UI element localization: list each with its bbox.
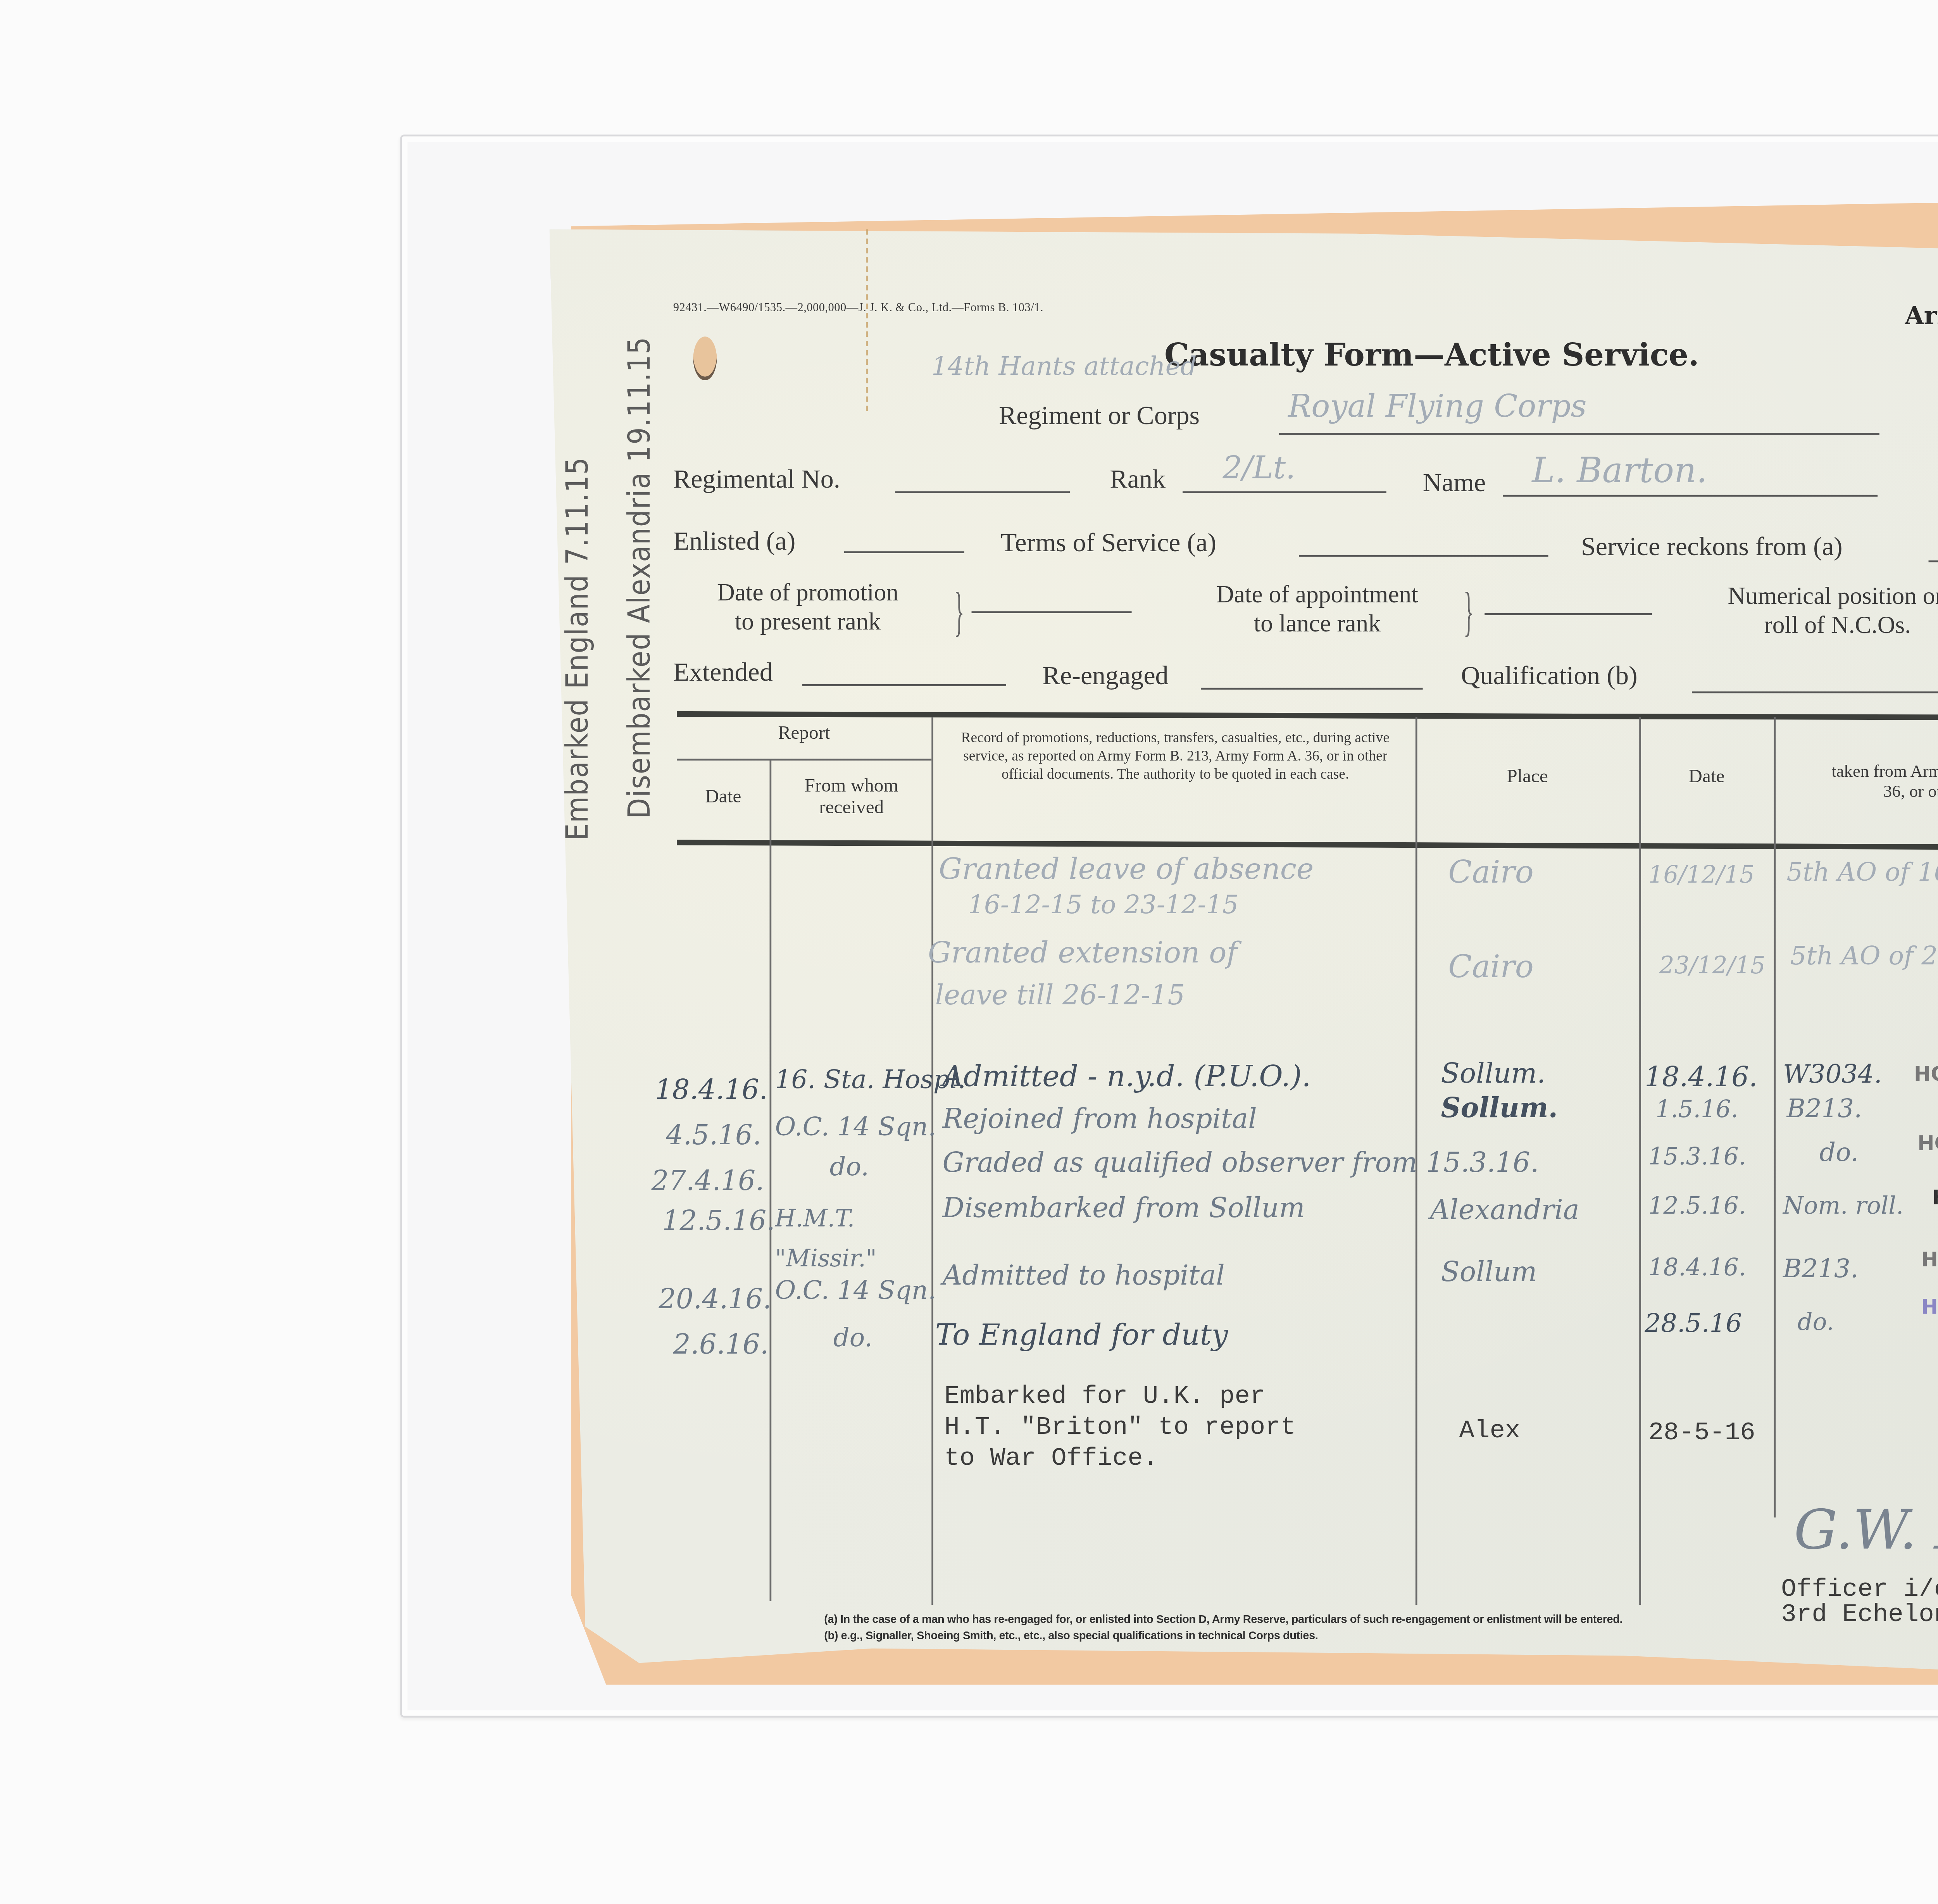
row-date: 12.5.16. [662,1204,775,1237]
header-report: Report [677,724,931,746]
row-place: Sollum. [1441,1092,1558,1124]
faint-place: Cairo [1448,855,1533,892]
row-record: Admitted to hospital [942,1259,1224,1292]
rank-label: Rank [1110,466,1166,497]
row-from: H.M.T. "Missir." [775,1201,932,1281]
embarked-stamp: Embarked England 7.11.15 [560,457,595,840]
row-date-2: 12.5.16. [1648,1193,1746,1221]
col-divider [1774,717,1776,1517]
name-label: Name [1423,469,1486,500]
report-sub-rule [677,759,931,761]
terms-label: Terms of Service (a) [1001,529,1217,561]
appointment-label-line-1: Date of appointment [1172,580,1463,609]
col-divider [770,761,772,1601]
header-record: Record of promotions, reductions, transf… [957,730,1394,784]
signature-line-2: 3rd Echelon, G.H.Q., E.E.F. [1781,1601,1938,1632]
typed-date: 28-5-16 [1648,1419,1755,1450]
row-from: do. [829,1154,869,1183]
row-date: 2.6.16. [673,1328,769,1361]
faint-record-line-2: 16-12-15 to 23-12-15 [968,892,1238,921]
footnote-b: (b) e.g., Signaller, Shoeing Smith, etc.… [824,1630,1318,1643]
col-divider [1639,717,1641,1605]
appointment-field[interactable] [1485,613,1652,615]
ncos-label-line-2: roll of N.C.Os. [1674,611,1938,640]
faint-place: Cairo [1448,950,1533,986]
row-initials: HCT [1921,1248,1938,1272]
name-line [1503,495,1878,497]
header-from-whom: From whom received [775,777,928,821]
row-date-2: 18.4.16. [1645,1061,1757,1093]
terms-field[interactable] [1299,555,1548,557]
row-date-2: 1.5.16. [1655,1097,1738,1124]
row-initials: HCT [1914,1062,1938,1086]
row-remarks: do. [1819,1139,1859,1168]
row-place: Alexandria [1430,1193,1579,1226]
row-date: 18.4.16. [655,1073,768,1106]
row-record: Disembarked from Sollum [942,1192,1305,1224]
promotion-label: Date of promotion to present rank [673,579,943,637]
regiment-line [1279,433,1879,435]
row-remarks: Nom. roll. [1783,1193,1904,1221]
row-remarks: B213. [1783,1256,1859,1285]
row-date: 4.5.16. [666,1119,761,1152]
appointment-label: Date of appointment to lance rank [1172,580,1463,638]
row-remarks: B213. [1786,1095,1862,1124]
footnote-a: (a) In the case of a man who has re-enga… [824,1614,1622,1626]
header-date-2: Date [1639,768,1774,790]
appointment-label-line-2: to lance rank [1172,609,1463,638]
row-date: 20.4.16. [659,1283,771,1315]
ncos-label: Numerical position on roll of N.C.Os. [1674,582,1938,640]
rank-line [1183,491,1386,493]
header-date: Date [677,788,769,809]
row-record: To England for duty [935,1317,1228,1352]
header-remarks-title: Remarks [1819,740,1938,762]
col-divider [931,717,933,1605]
row-from: O.C. 14 Sqn. [775,1114,936,1143]
faint-record-line-1: Granted leave of absence [939,852,1314,886]
extended-label: Extended [673,659,773,690]
faint-remarks: 5th AO of 23-12-15 [1790,942,1938,971]
row-from: do. [833,1325,872,1354]
brace: } [954,586,964,640]
row-record: Admitted - n.y.d. (P.U.O.). [942,1059,1311,1093]
form-title: Casualty Form—Active Service. [1164,338,1699,375]
faint-date: 16/12/15 [1648,862,1755,890]
row-date-2: 28.5.16 [1645,1310,1742,1339]
faint-date: 23/12/15 [1659,954,1766,981]
regiment-annotation: 14th Hants attached [931,353,1197,382]
reengaged-field[interactable] [1201,688,1423,690]
punch-hole [693,336,717,380]
regimental-no-field[interactable] [895,491,1070,493]
enlisted-label: Enlisted (a) [673,528,796,559]
fold-line [866,229,869,411]
row-initials: HCT [1921,1295,1938,1319]
ncos-label-line-1: Numerical position on [1674,582,1938,611]
row-place: Sollum. [1441,1057,1546,1090]
typed-place: Alex [1459,1418,1521,1449]
typed-record-line-1: Embarked for U.K. per [944,1383,1265,1414]
row-remarks: do. [1798,1310,1834,1337]
row-initials: HCT [1932,1186,1938,1210]
qualification-label: Qualification (b) [1461,662,1638,693]
faint-record-line-2: leave till 26-12-15 [935,979,1185,1011]
faint-remarks: 5th AO of 16-12-15 [1786,859,1938,888]
promotion-label-line-1: Date of promotion [673,579,943,608]
name-value[interactable]: L. Barton. [1532,451,1707,491]
qualification-field[interactable] [1692,692,1938,693]
faint-record-line-1: Granted extension of [928,935,1237,970]
header-remarks: taken from Army Form B. 213, Army Form A… [1819,764,1938,804]
row-place: Sollum [1441,1256,1537,1288]
promotion-field[interactable] [972,611,1132,613]
typed-record-line-3: to War Office. [944,1445,1158,1476]
printer-line: 92431.—W6490/1535.—2,000,000—J. J. K. & … [673,302,1043,315]
header-place: Place [1416,768,1639,790]
row-record: Graded as qualified observer from 15.3.1… [942,1146,1539,1179]
reengaged-label: Re-engaged [1043,662,1169,693]
scan-stage: 92431.—W6490/1535.—2,000,000—J. J. K. & … [0,0,1938,1903]
row-remarks: W3034. [1783,1061,1882,1090]
row-from: O.C. 14 Sqn. [775,1277,936,1306]
reckons-field[interactable] [1929,561,1938,562]
disembarked-stamp: Disembarked Alexandria 19.11.15 [622,336,657,819]
regiment-value[interactable]: Royal Flying Corps [1288,389,1586,426]
brace: } [1463,586,1474,640]
row-date-2: 15.3.16. [1648,1144,1746,1171]
regiment-label: Regiment or Corps [999,402,1200,433]
row-record: Rejoined from hospital [942,1103,1257,1135]
regimental-no-label: Regimental No. [673,466,840,497]
rank-value[interactable]: 2/Lt. [1222,451,1295,488]
enlisted-field[interactable] [844,551,964,553]
row-date-2: 18.4.16. [1648,1256,1746,1283]
promotion-label-line-2: to present rank [673,608,943,637]
row-initials: HCT [1917,1132,1938,1156]
extended-field[interactable] [802,684,1006,686]
typed-record-line-2: H.T. "Briton" to report [944,1414,1296,1445]
signature: G.W. Kaye [1794,1499,1938,1563]
row-date: 27.4.16. [651,1164,764,1197]
reckons-label: Service reckons from (a) [1581,533,1843,564]
row-from: 16. Sta. Hospl. [775,1066,966,1095]
form-number: Army Form B. 103. [1905,302,1938,331]
